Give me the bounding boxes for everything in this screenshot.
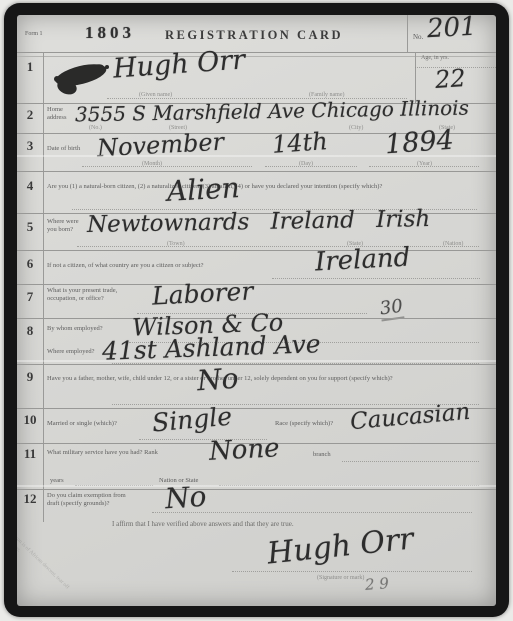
employment-place-label: Where employed? bbox=[47, 348, 94, 356]
military-service-label: What military service have you had? Rank bbox=[47, 449, 158, 457]
row-5-number: 5 bbox=[17, 219, 43, 235]
scanned-registration-card: Form 1 1803 REGISTRATION CARD No. 201 1 … bbox=[0, 0, 513, 621]
row-9-number: 9 bbox=[17, 369, 43, 385]
month-sublabel: (Month) bbox=[142, 161, 162, 167]
year-sublabel: (Year) bbox=[417, 161, 432, 167]
marital-status-label: Married or single (which)? bbox=[47, 420, 117, 428]
row-8-number: 8 bbox=[17, 323, 43, 339]
signature-sublabel: (Signature or mark) bbox=[317, 575, 364, 581]
signature: Hugh Orr bbox=[266, 521, 416, 571]
branch-label: branch bbox=[313, 451, 331, 459]
no-sublabel: (No.) bbox=[89, 125, 102, 131]
ink-blot-icon bbox=[45, 59, 117, 99]
home-address-label: Home address bbox=[47, 106, 75, 122]
citizen-country-answer: Ireland bbox=[314, 243, 411, 278]
dependents-answer: No bbox=[196, 362, 240, 398]
trade-answer: Laborer bbox=[151, 276, 254, 310]
date-of-birth-label: Date of birth bbox=[47, 145, 80, 153]
pencil-mark: 2 9 bbox=[364, 574, 389, 594]
city-sublabel: (City) bbox=[349, 125, 363, 131]
name-answer: Hugh Orr bbox=[112, 44, 246, 84]
birth-month-answer: November bbox=[96, 128, 224, 163]
birthplace-label: Where were you born? bbox=[47, 218, 81, 234]
african-descent-corner-note: If person is of African descent, tear of… bbox=[17, 527, 75, 601]
dependents-question-label: Have you a father, mother, wife, child u… bbox=[47, 367, 485, 391]
form-number-label: Form 1 bbox=[25, 31, 43, 37]
row-1-number: 1 bbox=[17, 59, 43, 75]
exemption-label: Do you claim exemption from draft (speci… bbox=[47, 492, 139, 508]
scan-streak bbox=[17, 155, 496, 157]
no-label: No. bbox=[413, 33, 423, 41]
trade-label: What is your present trade, occupation, … bbox=[47, 287, 135, 303]
citizen-country-label: If not a citizen, of what country are yo… bbox=[47, 262, 203, 270]
card-title: REGISTRATION CARD bbox=[165, 28, 343, 43]
serial-stamp: 1803 bbox=[85, 23, 135, 43]
header-divider bbox=[407, 15, 408, 52]
registration-card: Form 1 1803 REGISTRATION CARD No. 201 1 … bbox=[17, 15, 496, 606]
card-number-value: 201 bbox=[426, 15, 477, 44]
home-address-answer: 3555 S Marshfield Ave Chicago Illinois bbox=[75, 96, 469, 127]
row-2-number: 2 bbox=[17, 107, 43, 123]
town-sublabel: (Town) bbox=[167, 241, 185, 247]
race-label: Race (specify which)? bbox=[275, 420, 333, 428]
row-4-number: 4 bbox=[17, 178, 43, 194]
age-value: 22 bbox=[434, 64, 466, 94]
given-name-sublabel: (Given name) bbox=[139, 92, 172, 98]
number-column-line bbox=[43, 52, 44, 522]
citizenship-question-label: Are you (1) a natural-born citizen, (2) … bbox=[47, 174, 485, 199]
age-label: Age, in yrs. bbox=[421, 55, 449, 61]
years-label: years bbox=[50, 477, 64, 485]
citizenship-answer: Alien bbox=[166, 171, 240, 208]
row-10-number: 10 bbox=[17, 412, 43, 428]
day-sublabel: (Day) bbox=[299, 161, 313, 167]
marital-status-answer: Single bbox=[151, 402, 233, 438]
age-box-line bbox=[415, 52, 416, 103]
employer-label: By whom employed? bbox=[47, 325, 103, 333]
row-6-number: 6 bbox=[17, 256, 43, 272]
affirmation-text: I affirm that I have verified above answ… bbox=[112, 520, 294, 528]
nation-sublabel: (Nation) bbox=[443, 241, 463, 247]
row-3-number: 3 bbox=[17, 138, 43, 154]
military-service-answer: None bbox=[208, 433, 280, 467]
scan-streak bbox=[17, 485, 496, 487]
birthplace-answer: Newtownards Ireland Irish bbox=[87, 206, 431, 238]
scan-streak bbox=[17, 360, 496, 362]
row-12-number: 12 bbox=[17, 491, 43, 507]
row-7-number: 7 bbox=[17, 289, 43, 305]
row-11-number: 11 bbox=[17, 446, 43, 462]
